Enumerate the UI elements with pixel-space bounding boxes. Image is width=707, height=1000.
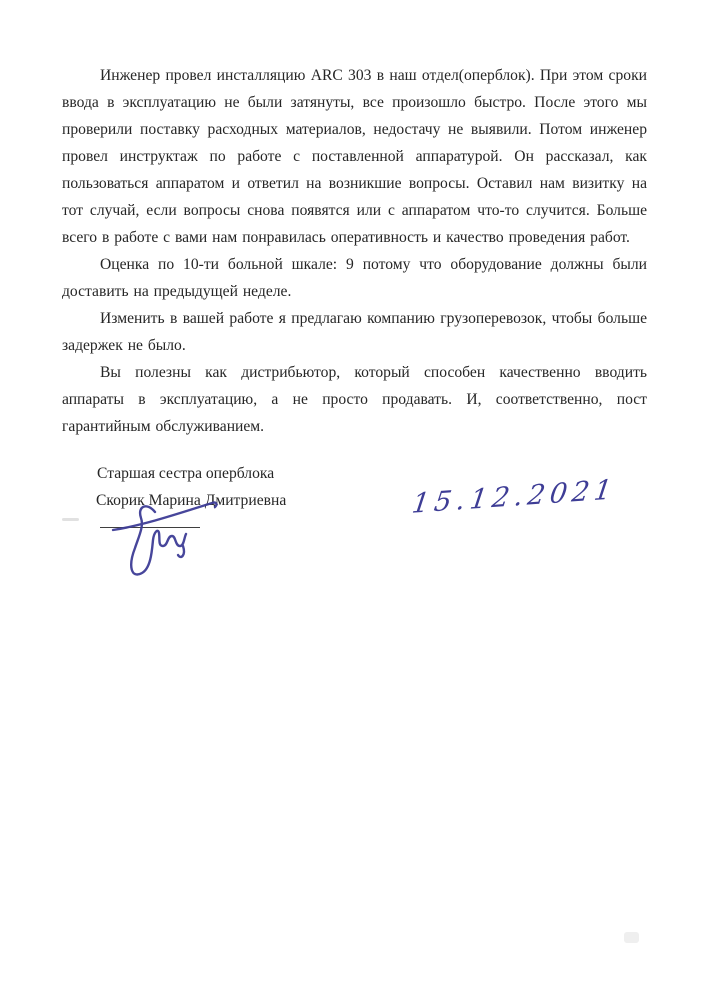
paragraph-rating: Оценка по 10-ти больной шкале: 9 потому … xyxy=(62,251,647,305)
signoff-role: Старшая сестра оперблока xyxy=(97,464,274,484)
letter-body: Инженер провел инсталляцию ARC 303 в наш… xyxy=(62,62,647,440)
handwritten-signature-icon xyxy=(95,498,230,586)
scan-artifact-smudge xyxy=(624,932,639,943)
paragraph-conclusion: Вы полезны как дистрибьютор, который спо… xyxy=(62,359,647,440)
scan-artifact-dash xyxy=(62,518,79,521)
paragraph-suggestion: Изменить в вашей работе я предлагаю комп… xyxy=(62,305,647,359)
handwritten-date: 15.12.2021 xyxy=(410,475,604,520)
scanned-letter-page: Инженер провел инсталляцию ARC 303 в наш… xyxy=(0,0,707,1000)
paragraph-installation: Инженер провел инсталляцию ARC 303 в наш… xyxy=(62,62,647,251)
